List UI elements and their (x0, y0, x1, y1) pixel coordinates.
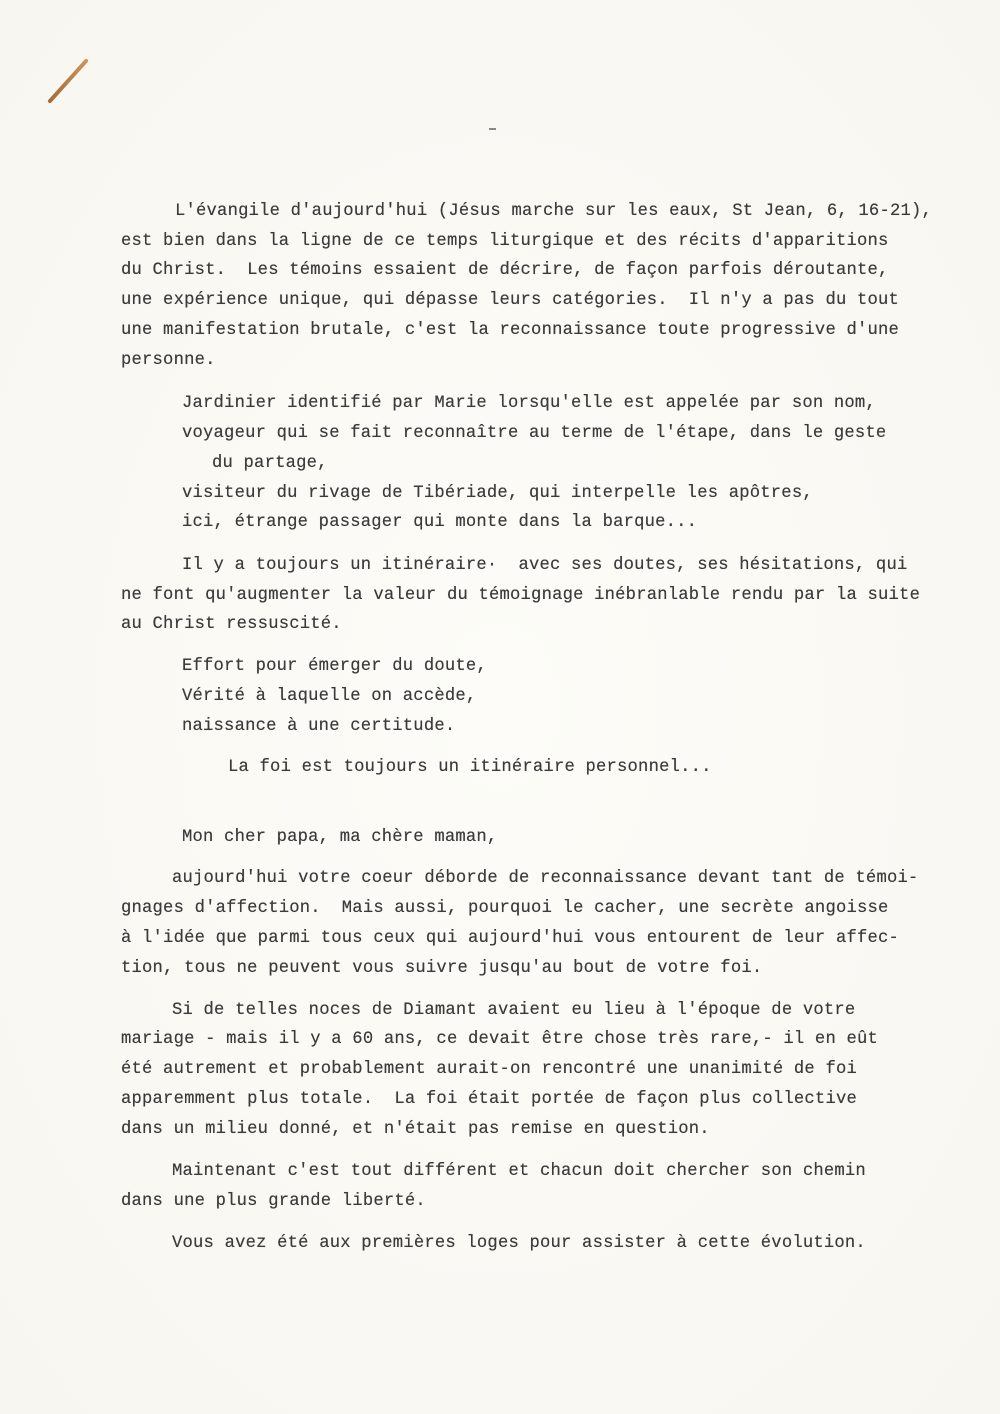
text-line: du partage, (212, 453, 328, 475)
text-line: Effort pour émerger du doute, (182, 656, 487, 678)
text-line: apparemment plus totale. La foi était po… (121, 1089, 857, 1111)
text-line: Mon cher papa, ma chère maman, (182, 827, 497, 849)
text-line: aujourd'hui votre coeur déborde de recon… (172, 868, 919, 890)
text-line: Vérité à laquelle on accède, (182, 686, 476, 708)
text-line: dans un milieu donné, et n'était pas rem… (121, 1119, 710, 1141)
text-line: à l'idée que parmi tous ceux qui aujourd… (121, 928, 899, 950)
text-line: Vous avez été aux premières loges pour a… (172, 1233, 866, 1255)
text-line: La foi est toujours un itinéraire person… (228, 757, 712, 779)
text-line: Si de telles noces de Diamant avaient eu… (172, 1000, 855, 1022)
text-line: naissance à une certitude. (182, 716, 455, 738)
text-line: au Christ ressuscité. (121, 614, 342, 636)
text-line: L'évangile d'aujourd'hui (Jésus marche s… (175, 201, 932, 223)
text-line: dans une plus grande liberté. (121, 1191, 426, 1213)
text-line: personne. (121, 350, 216, 372)
top-dash-mark (489, 128, 496, 130)
typewritten-page: L'évangile d'aujourd'hui (Jésus marche s… (0, 0, 1000, 1414)
text-line: est bien dans la ligne de ce temps litur… (121, 231, 889, 253)
text-line: Maintenant c'est tout différent et chacu… (172, 1161, 866, 1183)
text-line: du Christ. Les témoins essaient de décri… (121, 260, 889, 282)
text-line: ici, étrange passager qui monte dans la … (182, 512, 697, 534)
text-line: une expérience unique, qui dépasse leurs… (121, 290, 899, 312)
text-line: tion, tous ne peuvent vous suivre jusqu'… (121, 958, 762, 980)
text-line: voyageur qui se fait reconnaître au term… (182, 423, 886, 445)
text-line: été autrement et probablement aurait-on … (121, 1059, 857, 1081)
text-line: gnages d'affection. Mais aussi, pourquoi… (121, 898, 889, 920)
text-line: ne font qu'augmenter la valeur du témoig… (121, 585, 920, 607)
text-line: Il y a toujours un itinéraire· avec ses … (182, 555, 907, 577)
text-line: mariage - mais il y a 60 ans, ce devait … (121, 1029, 878, 1051)
pen-stroke-mark (47, 58, 89, 104)
text-line: visiteur du rivage de Tibériade, qui int… (182, 483, 813, 505)
text-line: une manifestation brutale, c'est la reco… (121, 320, 899, 342)
text-line: Jardinier identifié par Marie lorsqu'ell… (182, 393, 876, 415)
